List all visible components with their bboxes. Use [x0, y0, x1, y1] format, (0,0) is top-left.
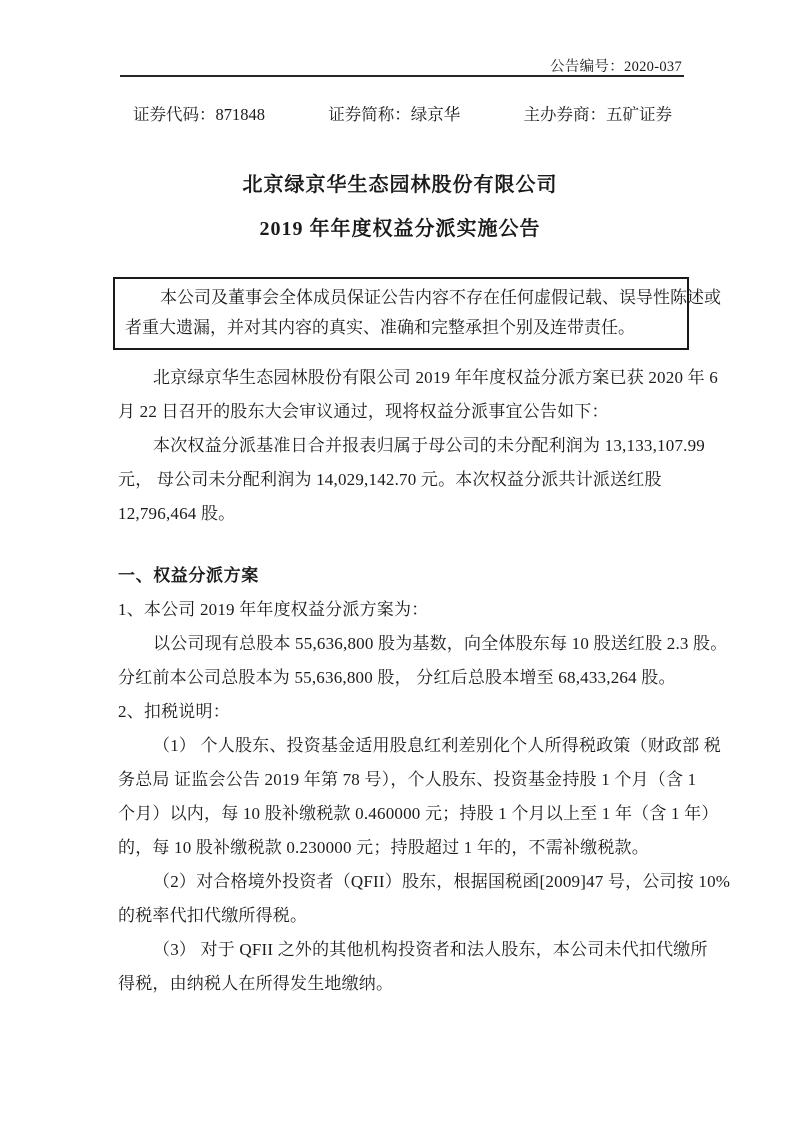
- announcement-number: 公告编号：2020-037: [550, 55, 682, 76]
- tax-note-2-line-2: 的税率代扣代缴所得税。: [118, 899, 688, 933]
- company-title: 北京绿京华生态园林股份有限公司: [0, 168, 800, 197]
- item-2-title: 2、扣税说明：: [118, 695, 688, 729]
- announcement-page: 公告编号：2020-037 证券代码：871848 证券简称：绿京华 主办券商：…: [0, 0, 800, 1130]
- item-1-title: 1、本公司 2019 年年度权益分派方案为：: [118, 593, 688, 627]
- item-1-line-1: 以公司现有总股本 55,636,800 股为基数，向全体股东每 10 股送红股 …: [118, 627, 688, 661]
- tax-note-1-line-4: 的，每 10 股补缴税款 0.230000 元；持股超过 1 年的，不需补缴税款…: [118, 831, 688, 865]
- disclaimer-line-2: 者重大遗漏，并对其内容的真实、准确和完整承担个别及连带责任。: [125, 313, 675, 343]
- stock-code: 证券代码：871848: [133, 101, 265, 125]
- header-rule: [120, 75, 684, 77]
- intro-p2-line-3: 12,796,464 股。: [118, 497, 688, 531]
- intro-p2-line-2: 元， 母公司未分配利润为 14,029,142.70 元。本次权益分派共计派送红…: [118, 463, 688, 497]
- tax-note-1-line-1: （1） 个人股东、投资基金适用股息红利差别化个人所得税政策（财政部 税: [118, 729, 688, 763]
- announcement-title: 2019 年年度权益分派实施公告: [0, 212, 800, 241]
- intro-p1-line-1: 北京绿京华生态园林股份有限公司 2019 年年度权益分派方案已获 2020 年 …: [118, 361, 688, 395]
- section-1-heading: 一、权益分派方案: [118, 559, 688, 593]
- item-1-line-2: 分红前本公司总股本为 55,636,800 股， 分红后总股本增至 68,433…: [118, 661, 688, 695]
- tax-note-1-line-3: 个月）以内，每 10 股补缴税款 0.460000 元；持股 1 个月以上至 1…: [118, 797, 688, 831]
- document-body: 北京绿京华生态园林股份有限公司 2019 年年度权益分派方案已获 2020 年 …: [118, 361, 688, 1001]
- stock-meta-row: 证券代码：871848 证券简称：绿京华 主办券商：五矿证券: [133, 101, 672, 125]
- intro-p1-line-2: 月 22 日召开的股东大会审议通过，现将权益分派事宜公告如下：: [118, 395, 688, 429]
- tax-note-3-line-1: （3） 对于 QFII 之外的其他机构投资者和法人股东，本公司未代扣代缴所: [118, 933, 688, 967]
- disclaimer-box: 本公司及董事会全体成员保证公告内容不存在任何虚假记载、误导性陈述或 者重大遗漏，…: [113, 277, 689, 350]
- intro-p2-line-1: 本次权益分派基准日合并报表归属于母公司的未分配利润为 13,133,107.99: [118, 429, 688, 463]
- tax-note-1-line-2: 务总局 证监会公告 2019 年第 78 号），个人股东、投资基金持股 1 个月…: [118, 763, 688, 797]
- tax-note-2-line-1: （2）对合格境外投资者（QFII）股东，根据国税函[2009]47 号，公司按 …: [118, 865, 688, 899]
- lead-broker: 主办券商：五矿证券: [524, 101, 673, 125]
- tax-note-3-line-2: 得税，由纳税人在所得发生地缴纳。: [118, 967, 688, 1001]
- stock-short-name: 证券简称：绿京华: [328, 101, 460, 125]
- disclaimer-line-1: 本公司及董事会全体成员保证公告内容不存在任何虚假记载、误导性陈述或: [125, 283, 675, 313]
